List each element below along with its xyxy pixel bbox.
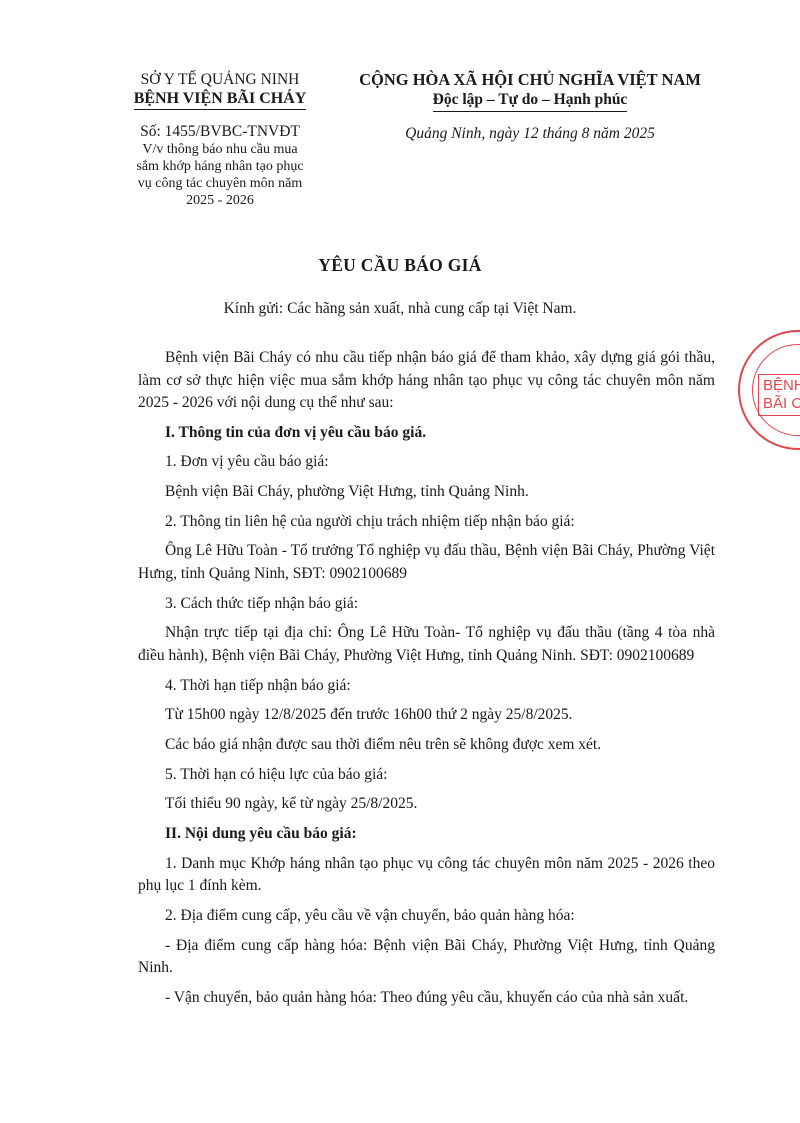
body-paragraph: - Vận chuyển, bảo quản hàng hóa: Theo đú… [138, 987, 715, 1010]
body-paragraph: Các báo giá nhận được sau thời điểm nêu … [138, 734, 715, 757]
body-paragraph: Nhận trực tiếp tại địa chỉ: Ông Lê Hữu T… [138, 622, 715, 667]
seal-text: BỆNH BÃI C [758, 374, 800, 416]
body-paragraph: 3. Cách thức tiếp nhận báo giá: [138, 593, 715, 616]
document-number: Số: 1455/BVBC-TNVĐT [100, 122, 340, 141]
issuing-organization-block: SỞ Y TẾ QUẢNG NINH BỆNH VIỆN BÃI CHÁY Số… [100, 70, 340, 209]
body-paragraph: 4. Thời hạn tiếp nhận báo giá: [138, 675, 715, 698]
section-heading: II. Nội dung yêu cầu báo giá: [138, 823, 715, 846]
body-paragraph: 2. Địa điểm cung cấp, yêu cầu về vận chu… [138, 905, 715, 928]
section-heading: I. Thông tin của đơn vị yêu cầu báo giá. [138, 422, 715, 445]
seal-text-line: BÃI C [763, 395, 800, 413]
body-paragraph: 2. Thông tin liên hệ của người chịu trác… [138, 511, 715, 534]
body-paragraph: - Địa điểm cung cấp hàng hóa: Bệnh viện … [138, 935, 715, 980]
official-seal-stamp: BỆNH BÃI C [738, 330, 800, 450]
body-paragraph: 1. Danh mục Khớp háng nhân tạo phục vụ c… [138, 853, 715, 898]
recipient-line: Kính gửi: Các hãng sản xuất, nhà cung cấ… [0, 300, 800, 318]
national-motto: Độc lập – Tự do – Hạnh phúc [433, 90, 628, 112]
body-paragraph: 1. Đơn vị yêu cầu báo giá: [138, 451, 715, 474]
subject-line: V/v thông báo nhu cầu mua [100, 141, 340, 158]
body-paragraph: 5. Thời hạn có hiệu lực của báo giá: [138, 764, 715, 787]
document-title: YÊU CẦU BÁO GIÁ [0, 255, 800, 276]
national-header-block: CỘNG HÒA XÃ HỘI CHỦ NGHĨA VIỆT NAM Độc l… [345, 70, 715, 144]
body-paragraph: Từ 15h00 ngày 12/8/2025 đến trước 16h00 … [138, 704, 715, 727]
seal-text-line: BỆNH [763, 377, 800, 395]
subject-line: vụ công tác chuyên môn năm [100, 175, 340, 192]
hospital-name: BỆNH VIỆN BÃI CHÁY [134, 89, 307, 110]
place-and-date: Quảng Ninh, ngày 12 tháng 8 năm 2025 [345, 124, 715, 144]
nation-name: CỘNG HÒA XÃ HỘI CHỦ NGHĨA VIỆT NAM [345, 70, 715, 90]
body-paragraph: Bệnh viện Bãi Cháy có nhu cầu tiếp nhận … [138, 347, 715, 415]
subject-line: sắm khớp háng nhân tạo phục [100, 158, 340, 175]
body-paragraph: Ông Lê Hữu Toàn - Tổ trưởng Tổ nghiệp vụ… [138, 540, 715, 585]
document-subject: V/v thông báo nhu cầu mua sắm khớp háng … [100, 141, 340, 209]
document-body: Bệnh viện Bãi Cháy có nhu cầu tiếp nhận … [138, 347, 715, 1016]
body-paragraph: Bệnh viện Bãi Cháy, phường Việt Hưng, tỉ… [138, 481, 715, 504]
subject-line: 2025 - 2026 [100, 192, 340, 209]
body-paragraph: Tối thiểu 90 ngày, kể từ ngày 25/8/2025. [138, 793, 715, 816]
department-name: SỞ Y TẾ QUẢNG NINH [100, 70, 340, 89]
